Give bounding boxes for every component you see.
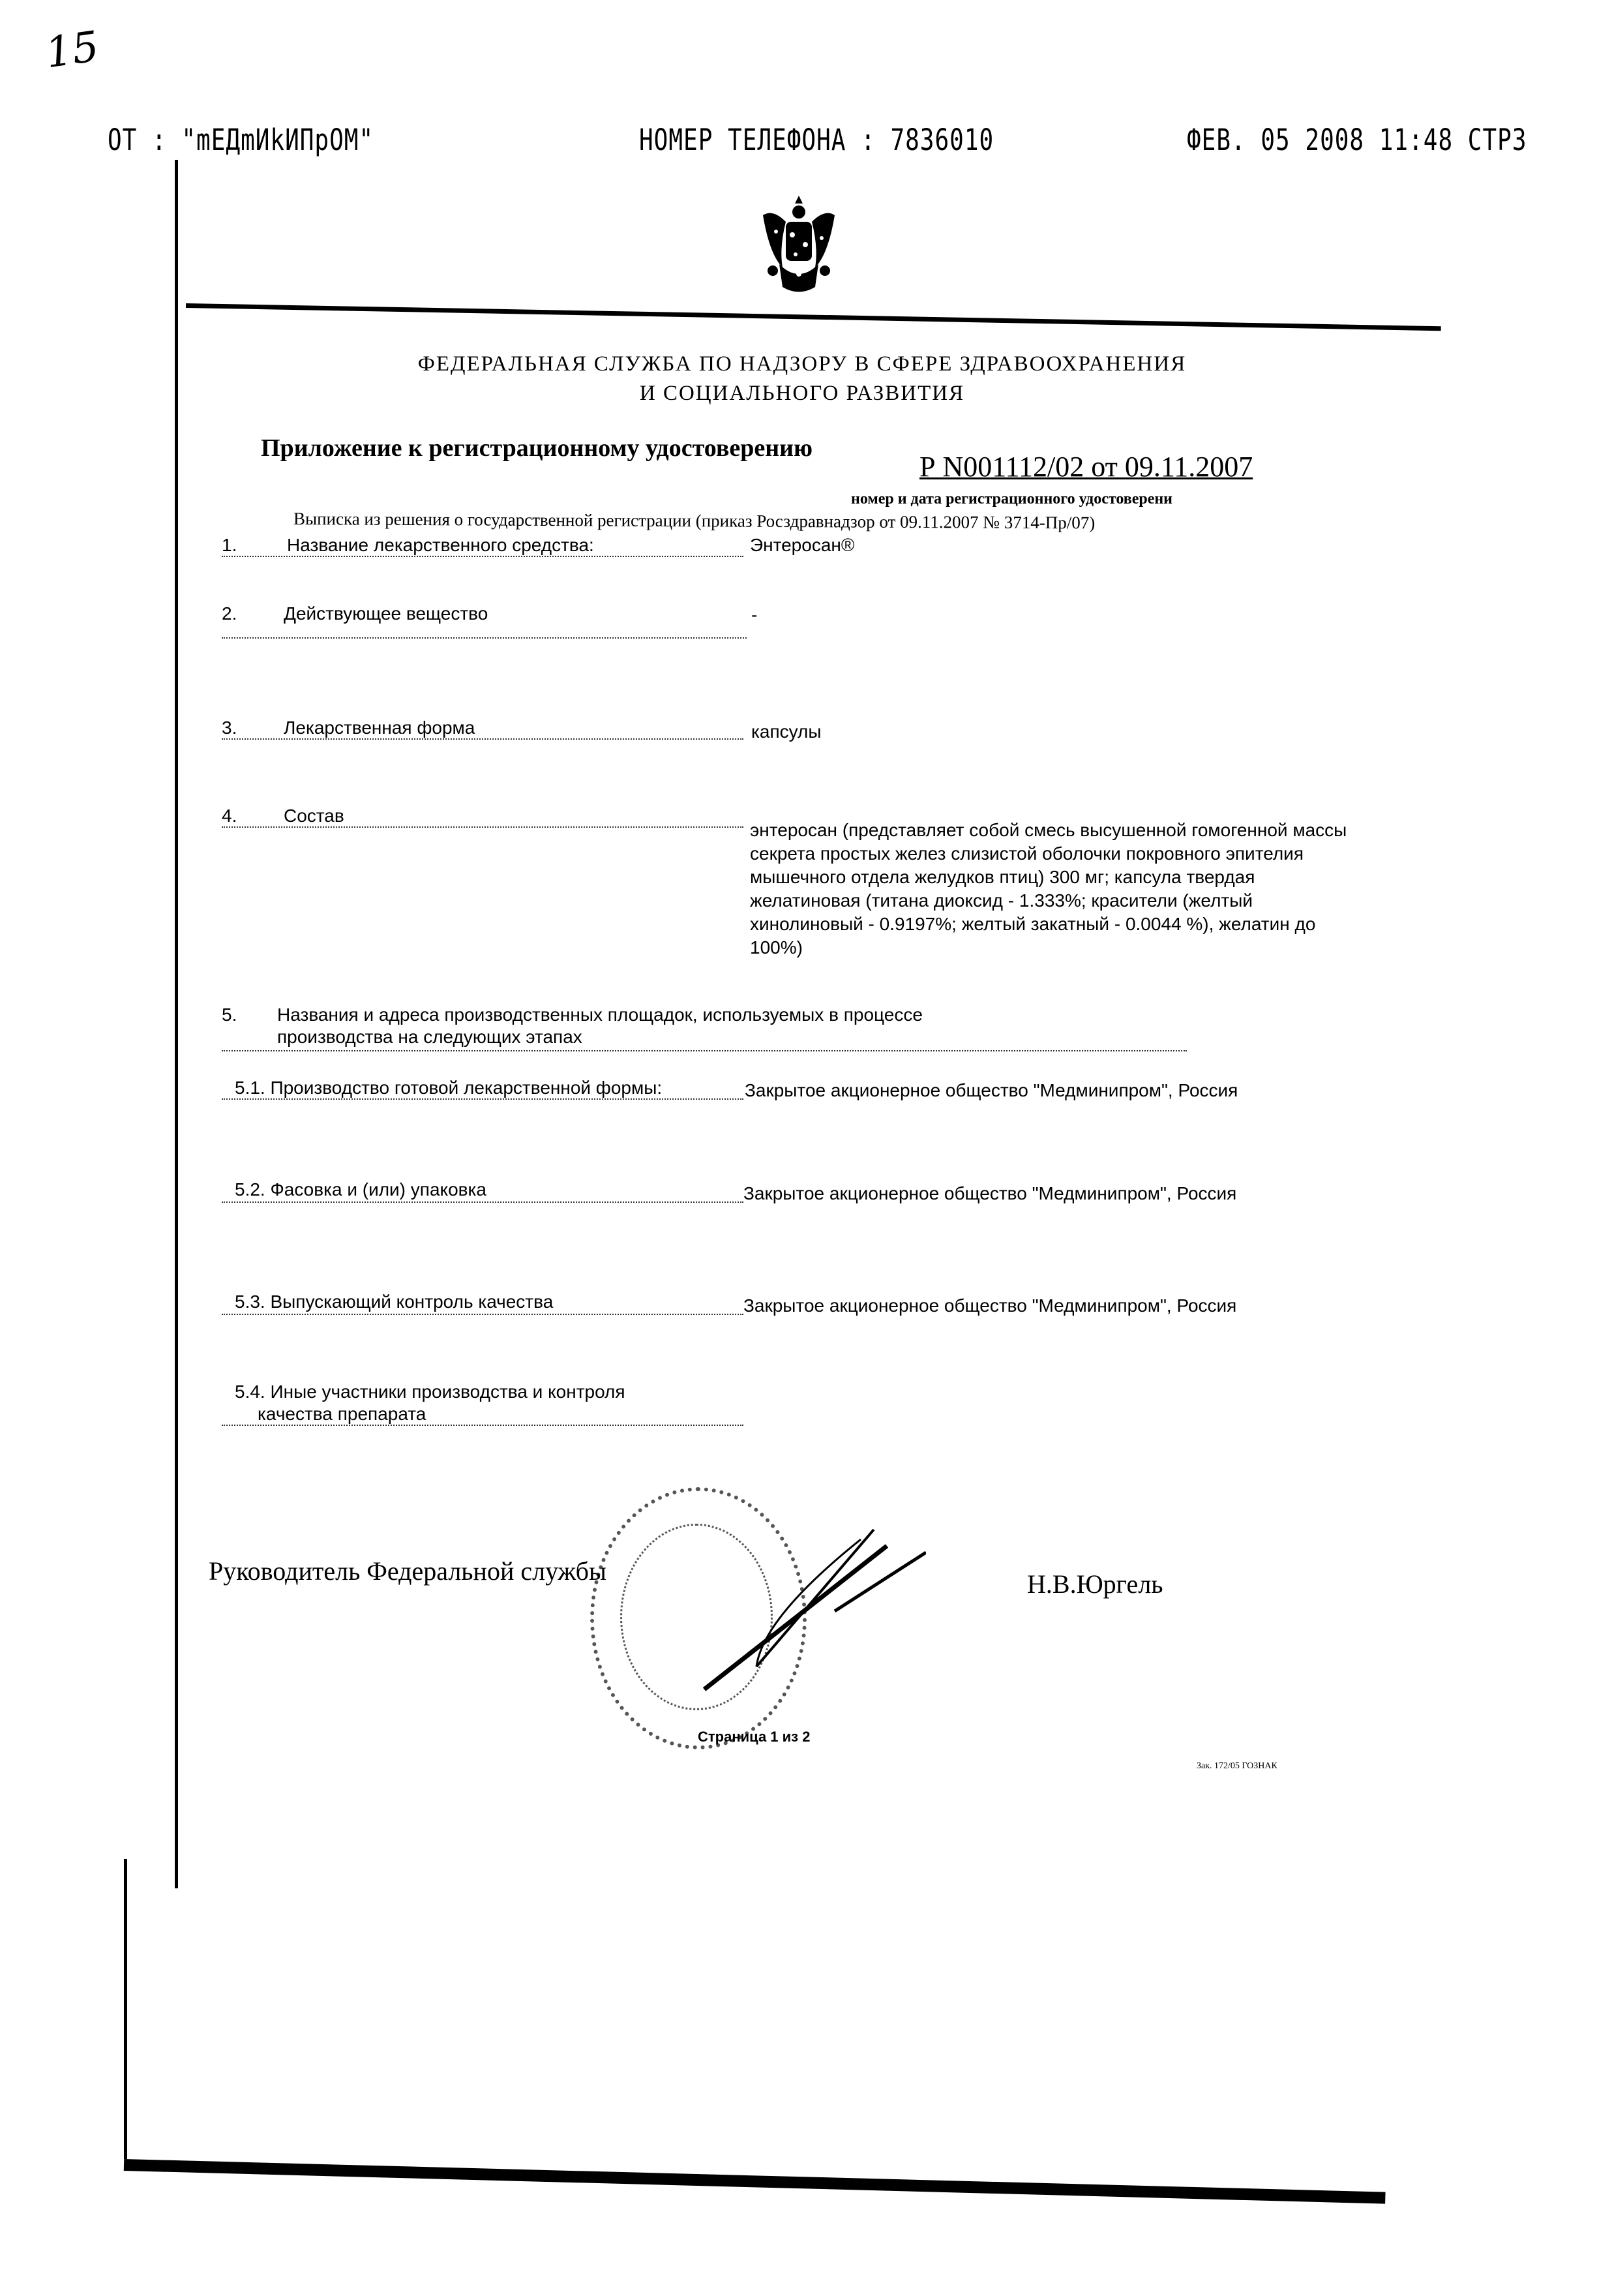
item-label-line2: качества препарата (258, 1404, 426, 1425)
item-label: 5.2. Фасовка и (или) упаковка (235, 1179, 486, 1200)
field-number: 1. (222, 535, 237, 556)
field-value: капсулы (751, 721, 821, 742)
registration-number: Р N001112/02 от 09.11.2007 (919, 450, 1253, 483)
item-label: 5.1. Производство готовой лекарственной … (235, 1078, 662, 1098)
section5-leader-line (222, 1050, 1187, 1051)
fax-from: ОТ : "mЕДmИkИПрОМ" (108, 124, 374, 157)
field-leader-line (222, 637, 747, 639)
item-value: Закрытое акционерное общество "Медминипр… (743, 1295, 1236, 1316)
section5-number: 5. (222, 1004, 237, 1025)
signatory-title: Руководитель Федеральной службы (209, 1556, 606, 1586)
decision-extract: Выписка из решения о государственной рег… (293, 509, 1095, 533)
handwritten-page-number: 15 (42, 23, 102, 78)
agency-title-line2: И СОЦИАЛЬНОГО РАЗВИТИЯ (248, 382, 1356, 406)
handwritten-signature-icon (652, 1520, 926, 1702)
item-label-line1: 5.4. Иные участники производства и контр… (235, 1382, 625, 1402)
field-label: Лекарственная форма (284, 717, 475, 738)
agency-title-line1: ФЕДЕРАЛЬНАЯ СЛУЖБА ПО НАДЗОРУ В СФЕРЕ ЗД… (248, 352, 1356, 376)
appendix-title: Приложение к регистрационному удостовере… (261, 434, 813, 462)
scan-border-left-upper (175, 160, 178, 1888)
scan-border-bottom (124, 2159, 1386, 2204)
item-leader-line (222, 1201, 743, 1203)
item-value: Закрытое акционерное общество "Медминипр… (743, 1183, 1236, 1204)
field-leader-line (222, 826, 743, 828)
registration-caption: номер и дата регистрационного удостовере… (851, 491, 1172, 508)
section5-label-line1: Названия и адреса производственных площа… (277, 1004, 923, 1025)
item-value: Закрытое акционерное общество "Медминипр… (745, 1080, 1238, 1101)
field-label: Название лекарственного средства: (287, 535, 594, 556)
page-indicator: Страница 1 из 2 (698, 1729, 810, 1745)
scan-border-left-lower (124, 1859, 127, 2159)
fax-datetime-page: ФЕВ. 05 2008 11:48 СТР3 (1187, 124, 1527, 157)
field-number: 4. (222, 806, 237, 826)
item-leader-line (222, 1314, 743, 1315)
field-leader-line (222, 556, 743, 557)
field-number: 3. (222, 717, 237, 738)
item-leader-line (222, 1098, 743, 1100)
header-rule (186, 303, 1441, 331)
field-label: Состав (284, 806, 344, 826)
fax-phone: НОМЕР ТЕЛЕФОНА : 7836010 (639, 124, 994, 157)
field-leader-line (222, 738, 743, 740)
field-value: - (751, 605, 757, 626)
field-number: 2. (222, 603, 237, 624)
coat-of-arms-icon (750, 192, 848, 294)
field-value: энтеросан (представляет собой смесь высу… (750, 819, 1350, 959)
item-leader-line (222, 1425, 743, 1426)
item-label: 5.3. Выпускающий контроль качества (235, 1291, 553, 1312)
section5-label-line2: производства на следующих этапах (277, 1027, 582, 1048)
form-code: Зак. 172/05 ГОЗНАК (1197, 1761, 1277, 1772)
field-value: Энтеросан® (750, 535, 854, 556)
signatory-name: Н.В.Юргель (1027, 1569, 1163, 1599)
field-label: Действующее вещество (284, 603, 488, 624)
